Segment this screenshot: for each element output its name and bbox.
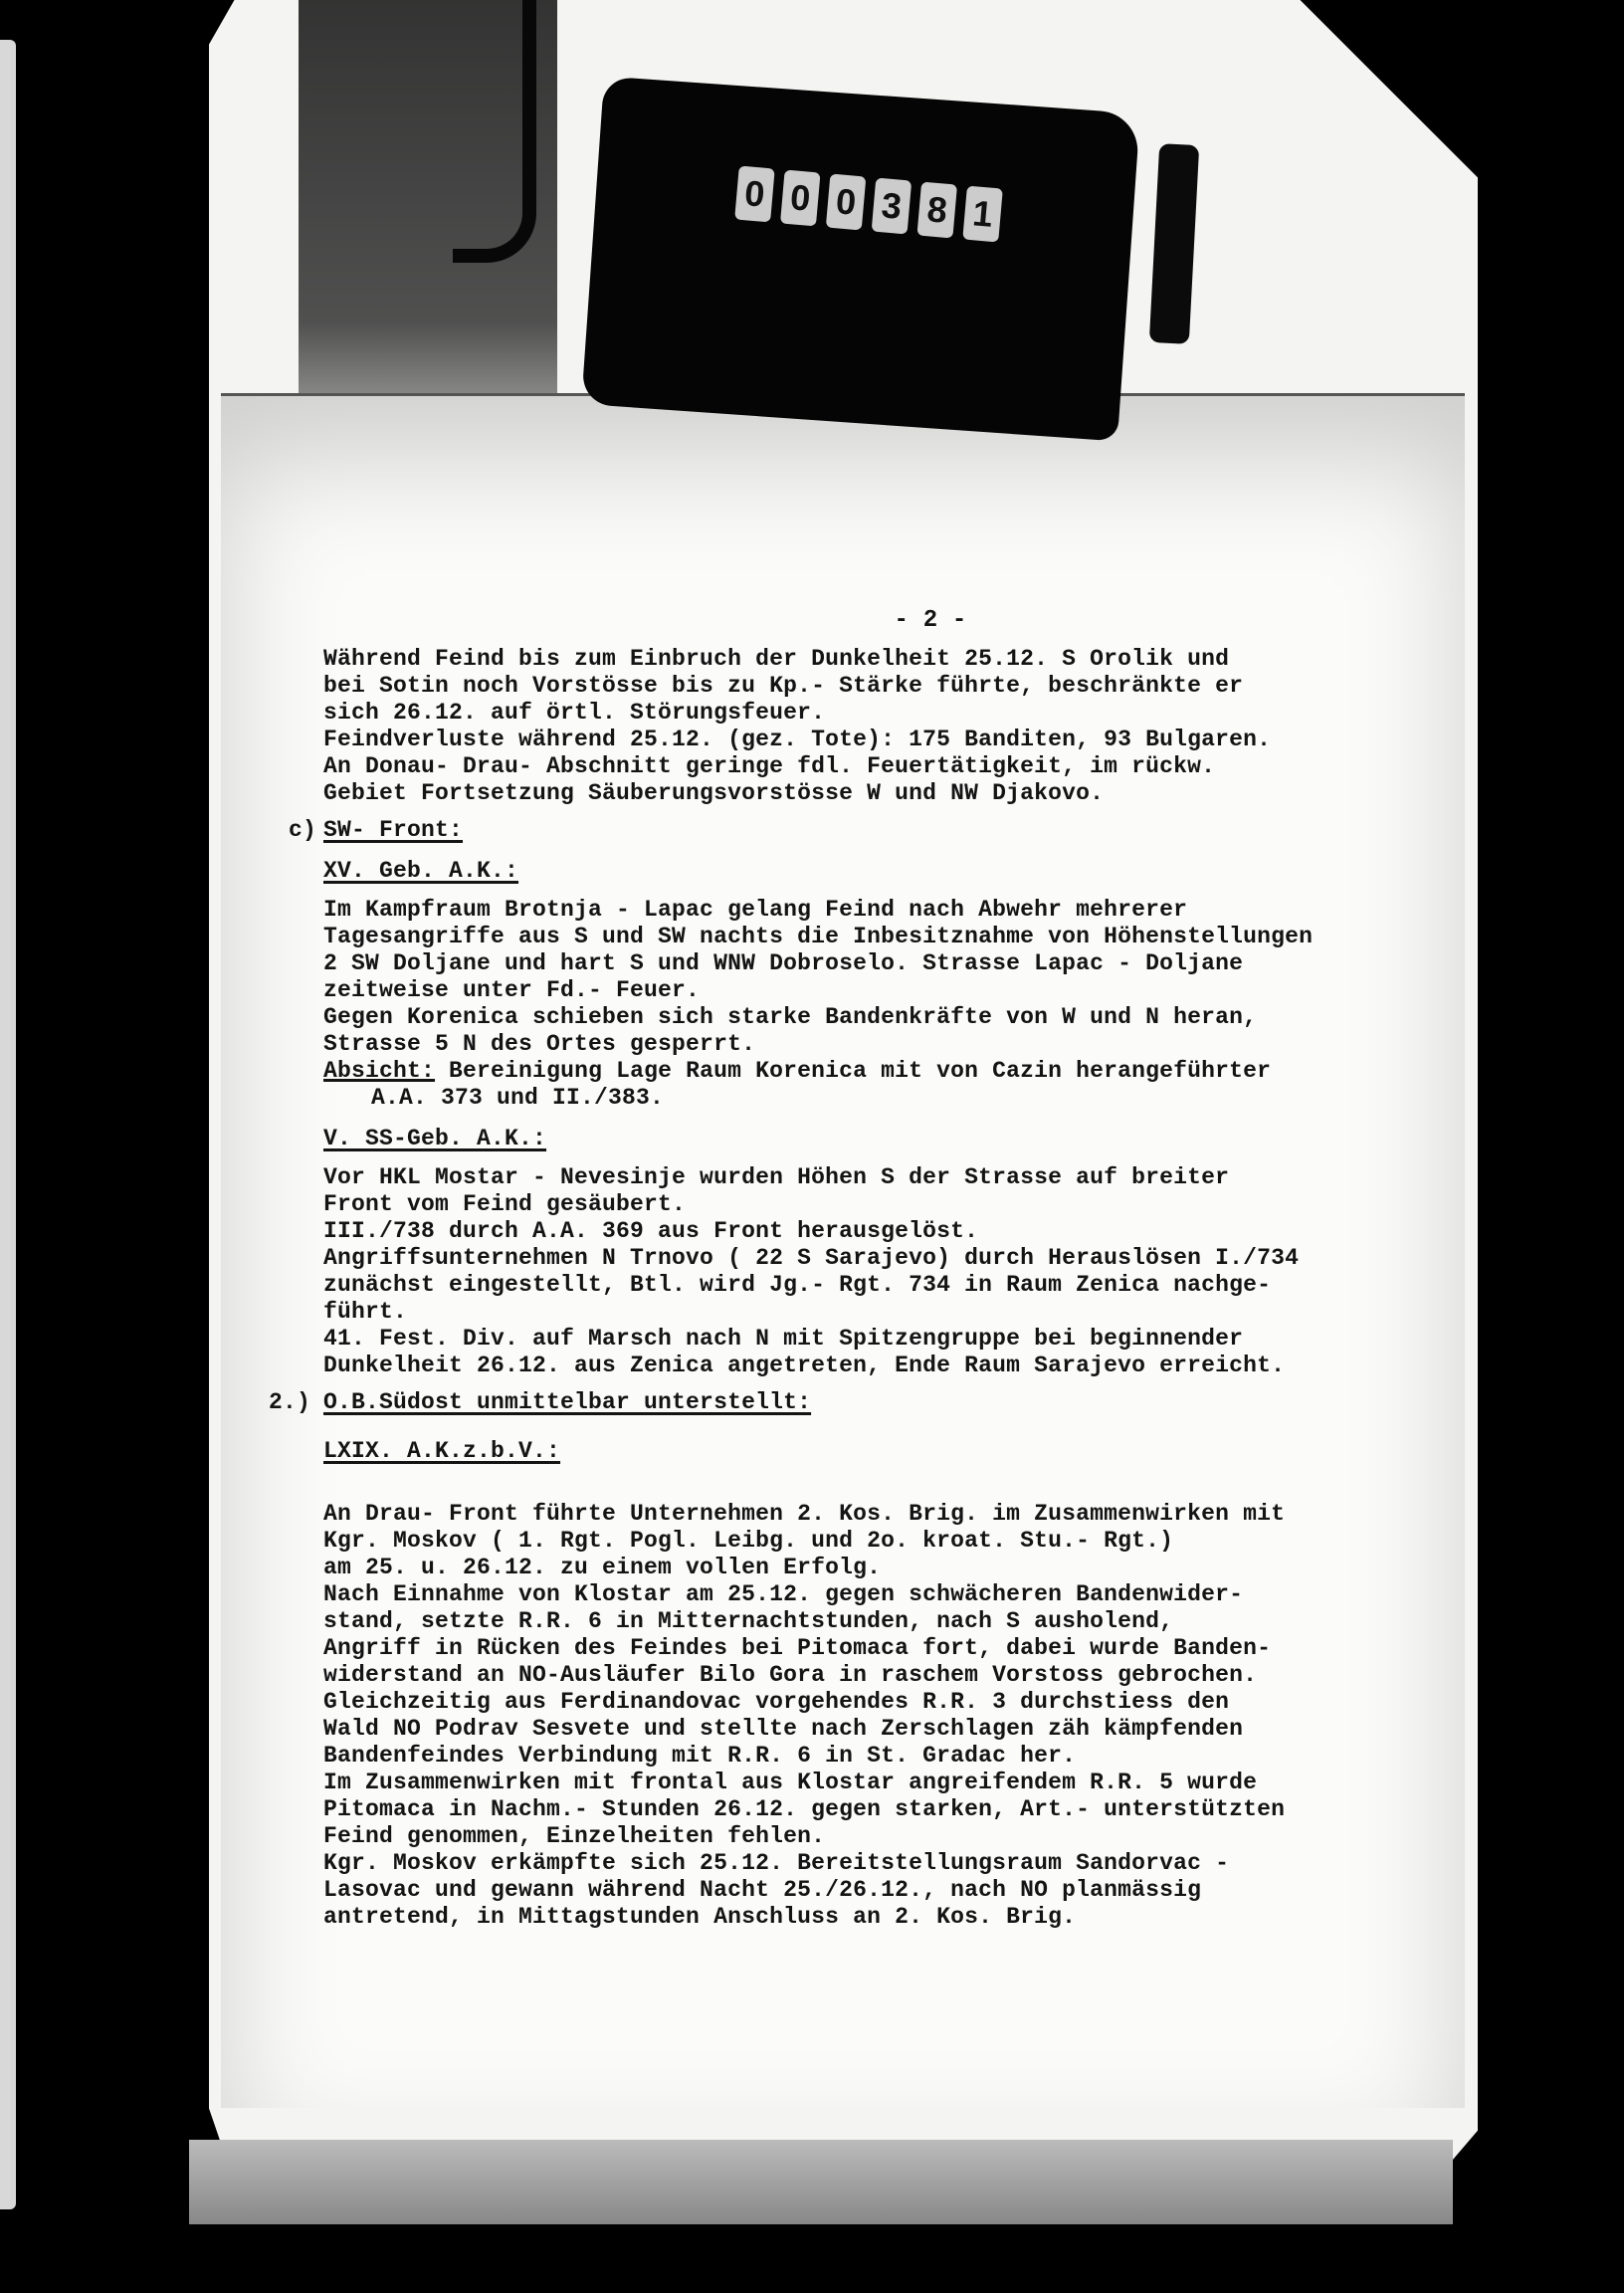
text-line: Vor HKL Mostar - Nevesinje wurden Höhen … <box>323 1164 1428 1191</box>
counter-digit: 1 <box>962 186 1003 243</box>
text-line: Dunkelheit 26.12. aus Zenica angetreten,… <box>323 1353 1428 1379</box>
typewritten-document: - 2 - Während Feind bis zum Einbruch der… <box>323 607 1428 1931</box>
text-line: An Donau- Drau- Abschnitt geringe fdl. F… <box>323 753 1428 780</box>
section-title: SW- Front: <box>323 817 463 844</box>
text-line: Während Feind bis zum Einbruch der Dunke… <box>323 646 1428 673</box>
text-line: Im Kampfraum Brotnja - Lapac gelang Fein… <box>323 897 1428 924</box>
text-line: Im Zusammenwirken mit frontal aus Klosta… <box>323 1770 1428 1796</box>
intent-line: A.A. 373 und II./383. <box>323 1085 1428 1112</box>
text-line: Angriff in Rücken des Feindes bei Pitoma… <box>323 1635 1428 1662</box>
section-number: 2.) <box>269 1389 323 1416</box>
intent-text: Bereinigung Lage Raum Korenica mit von C… <box>449 1058 1271 1084</box>
text-line: führt. <box>323 1299 1428 1326</box>
text-line: zunächst eingestellt, Btl. wird Jg.- Rgt… <box>323 1272 1428 1299</box>
text-line: widerstand an NO-Ausläufer Bilo Gora in … <box>323 1662 1428 1689</box>
text-line: Pitomaca in Nachm.- Stunden 26.12. gegen… <box>323 1796 1428 1823</box>
text-line: Gebiet Fortsetzung Säuberungsvorstösse W… <box>323 780 1428 807</box>
text-line: Gegen Korenica schieben sich starke Band… <box>323 1004 1428 1031</box>
section-heading: 2.) O.B.Südost unmittelbar unterstellt: <box>269 1389 1428 1416</box>
text-line: zeitweise unter Fd.- Feuer. <box>323 977 1428 1004</box>
text-line: Strasse 5 N des Ortes gesperrt. <box>323 1031 1428 1058</box>
text-line: Kgr. Moskov ( 1. Rgt. Pogl. Leibg. und 2… <box>323 1528 1428 1555</box>
section-title: O.B.Südost unmittelbar unterstellt: <box>323 1389 811 1416</box>
text-line: Wald NO Podrav Sesvete und stellte nach … <box>323 1716 1428 1743</box>
intro-paragraph: Während Feind bis zum Einbruch der Dunke… <box>323 646 1428 807</box>
text-line: Feind genommen, Einzelheiten fehlen. <box>323 1823 1428 1850</box>
page-number: - 2 - <box>433 607 1428 634</box>
counter-digit: 0 <box>826 174 867 231</box>
text-line: III./738 durch A.A. 369 aus Front heraus… <box>323 1218 1428 1245</box>
text-line: Gleichzeitig aus Ferdinandovac vorgehend… <box>323 1689 1428 1716</box>
text-line: Front vom Feind gesäubert. <box>323 1191 1428 1218</box>
adjacent-page-edge <box>0 40 16 2209</box>
intent-line: Absicht: Bereinigung Lage Raum Korenica … <box>323 1058 1428 1085</box>
corps-xv-body: Im Kampfraum Brotnja - Lapac gelang Fein… <box>323 897 1428 1058</box>
corps-heading-v-ss: V. SS-Geb. A.K.: <box>323 1126 1428 1152</box>
text-line: 2 SW Doljane und hart S und WNW Dobrosel… <box>323 950 1428 977</box>
intent-label: Absicht: <box>323 1058 435 1084</box>
text-line: Nach Einnahme von Klostar am 25.12. gege… <box>323 1581 1428 1608</box>
frame-counter-device <box>581 77 1140 442</box>
text-line: Angriffsunternehmen N Trnovo ( 22 S Sara… <box>323 1245 1428 1272</box>
section-heading: c) SW- Front: <box>289 817 1428 844</box>
corps-lxix-body: An Drau- Front führte Unternehmen 2. Kos… <box>323 1501 1428 1931</box>
text-line: Lasovac und gewann während Nacht 25./26.… <box>323 1877 1428 1904</box>
corps-v-ss-body: Vor HKL Mostar - Nevesinje wurden Höhen … <box>323 1164 1428 1379</box>
section-number: c) <box>289 817 323 844</box>
text-line: Kgr. Moskov erkämpfte sich 25.12. Bereit… <box>323 1850 1428 1877</box>
counter-digit: 0 <box>780 170 821 227</box>
text-line: stand, setzte R.R. 6 in Mitternachtstund… <box>323 1608 1428 1635</box>
corps-heading-xv: XV. Geb. A.K.: <box>323 858 1428 885</box>
text-line: 41. Fest. Div. auf Marsch nach N mit Spi… <box>323 1326 1428 1353</box>
counter-digit: 3 <box>872 178 913 235</box>
corps-heading-lxix: LXIX. A.K.z.b.V.: <box>323 1438 1428 1465</box>
text-line: antretend, in Mittagstunden Anschluss an… <box>323 1904 1428 1931</box>
section-sw-front: c) SW- Front: XV. Geb. A.K.: Im Kampfrau… <box>323 817 1428 1379</box>
text-line: sich 26.12. auf örtl. Störungsfeuer. <box>323 700 1428 727</box>
text-line: bei Sotin noch Vorstösse bis zu Kp.- Stä… <box>323 673 1428 700</box>
text-line: am 25. u. 26.12. zu einem vollen Erfolg. <box>323 1555 1428 1581</box>
text-line: An Drau- Front führte Unternehmen 2. Kos… <box>323 1501 1428 1528</box>
text-line: Bandenfeindes Verbindung mit R.R. 6 in S… <box>323 1743 1428 1770</box>
section-ob-suedost: 2.) O.B.Südost unmittelbar unterstellt: … <box>323 1389 1428 1931</box>
text-line: Tagesangriffe aus S und SW nachts die In… <box>323 924 1428 950</box>
counter-cable <box>453 0 536 263</box>
counter-digit: 0 <box>734 166 775 223</box>
text-line: Feindverluste während 25.12. (gez. Tote)… <box>323 727 1428 753</box>
counter-digit: 8 <box>916 182 957 239</box>
sheet-bottom-edge <box>189 2140 1453 2224</box>
